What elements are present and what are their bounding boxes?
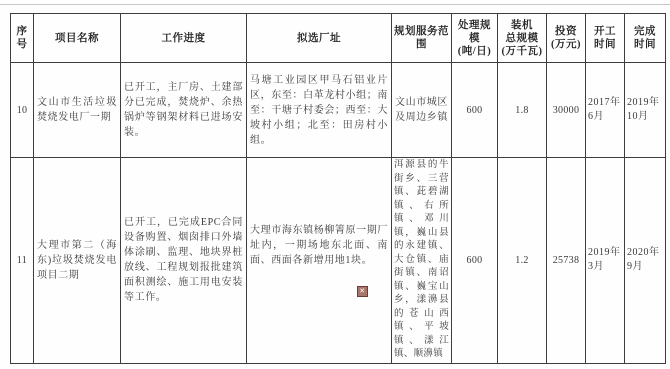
cell-proposed-site: 马塘工业园区甲马石铝业片区，东至：白革龙村小组；南至：干塘子村委会；西至：大坡村… xyxy=(247,63,392,158)
cell-service-area: 洱源县的牛街乡、三营镇、茈碧湖镇、右所镇、邓川镇，巍山县的永建镇、大仓镇、庙街镇… xyxy=(392,158,452,364)
col-header-installed-capacity: 装机 总规模 (万千瓦) xyxy=(498,14,547,63)
col-header-seq: 序号 xyxy=(11,14,34,63)
col-header-project-name: 项目名称 xyxy=(34,14,121,63)
table-row: 11 大理市第二（海东)垃圾焚烧发电项目二期 已开工，已完成EPC合同设备购置、… xyxy=(11,158,666,364)
cell-installed-capacity: 1.2 xyxy=(498,158,547,364)
cell-work-progress: 已开工，主厂房、土建部分已完成，焚烧炉、余热锅炉等钢架材料已进场安装。 xyxy=(121,63,247,158)
cell-project-name: 大理市第二（海东)垃圾焚烧发电项目二期 xyxy=(34,158,121,364)
cell-capacity: 600 xyxy=(452,158,498,364)
cell-investment: 25738 xyxy=(547,158,586,364)
cell-finish-time: 2019年10月 xyxy=(625,63,666,158)
cell-investment: 30000 xyxy=(547,63,586,158)
cell-proposed-site: 大理市海东镇杨柳箐原一期厂址内，一期场地东北面、南面、西面各新增用地1块。 ✕ xyxy=(247,158,392,364)
col-header-start-time: 开工 时间 xyxy=(586,14,625,63)
cell-start-time: 2017年6月 xyxy=(586,63,625,158)
table-row: 10 文山市生活垃圾焚烧发电厂一期 已开工，主厂房、土建部分已完成，焚烧炉、余热… xyxy=(11,63,666,158)
site-text: 大理市海东镇杨柳箐原一期厂址内，一期场地东北面、南面、西面各新增用地1块。 xyxy=(250,223,388,268)
col-header-work-progress: 工作进度 xyxy=(121,14,247,63)
col-header-capacity: 处理规模 (吨/日) xyxy=(452,14,498,63)
top-divider xyxy=(0,4,670,5)
cell-capacity: 600 xyxy=(452,63,498,158)
cell-seq: 11 xyxy=(11,158,34,364)
broken-image-icon: ✕ xyxy=(357,286,368,297)
cell-project-name: 文山市生活垃圾焚烧发电厂一期 xyxy=(34,63,121,158)
col-header-investment: 投资 (万元) xyxy=(547,14,586,63)
cell-seq: 10 xyxy=(11,63,34,158)
projects-table: 序号 项目名称 工作进度 拟选厂址 规划服务范 围 处理规模 (吨/日) 装机 … xyxy=(10,13,666,364)
document-page: 序号 项目名称 工作进度 拟选厂址 规划服务范 围 处理规模 (吨/日) 装机 … xyxy=(0,0,670,369)
cell-finish-time: 2020年9月 xyxy=(625,158,666,364)
cell-start-time: 2019年3月 xyxy=(586,158,625,364)
col-header-proposed-site: 拟选厂址 xyxy=(247,14,392,63)
header-row: 序号 项目名称 工作进度 拟选厂址 规划服务范 围 处理规模 (吨/日) 装机 … xyxy=(11,14,666,63)
cell-service-area: 文山市城区及周边乡镇 xyxy=(392,63,452,158)
cell-work-progress: 已开工，已完成EPC合同设备购置、烟囱排口外墙体涂刷、监理、地块界桩放线、工程规… xyxy=(121,158,247,364)
col-header-finish-time: 完成 时间 xyxy=(625,14,666,63)
col-header-service-area: 规划服务范 围 xyxy=(392,14,452,63)
cell-installed-capacity: 1.8 xyxy=(498,63,547,158)
